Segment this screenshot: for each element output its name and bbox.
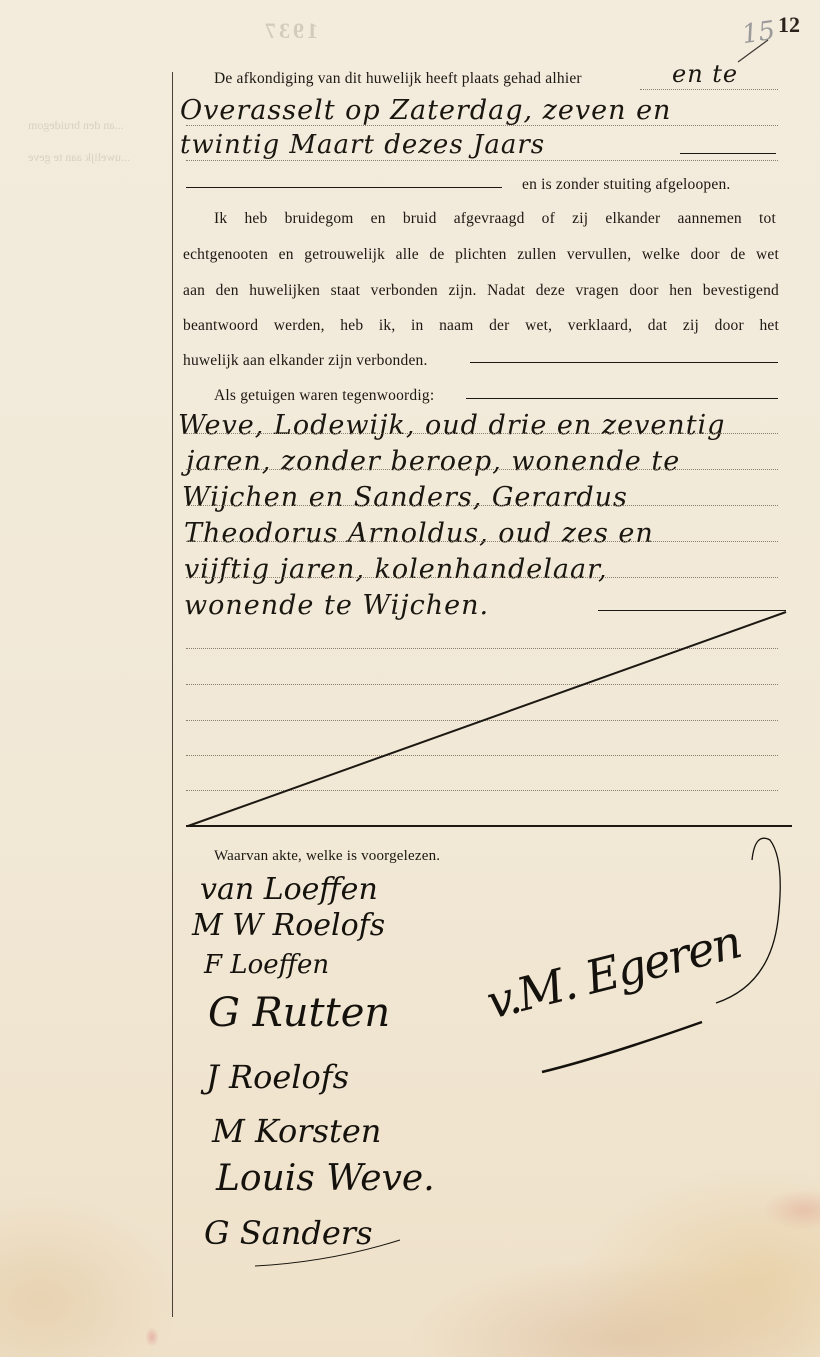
signature: M Korsten: [212, 1112, 381, 1150]
signature: G Rutten: [208, 990, 390, 1036]
signature: J Roelofs: [206, 1058, 349, 1096]
signature: Louis Weve.: [216, 1158, 435, 1199]
signature: G Sanders: [204, 1214, 372, 1252]
printed-closing: Waarvan akte, welke is voorgelezen.: [214, 848, 440, 865]
signature: van Loeffen: [200, 872, 378, 907]
signature: M W Roelofs: [192, 908, 385, 943]
cancellation-diagonal: [0, 0, 820, 1357]
signature: F Loeffen: [204, 950, 329, 980]
